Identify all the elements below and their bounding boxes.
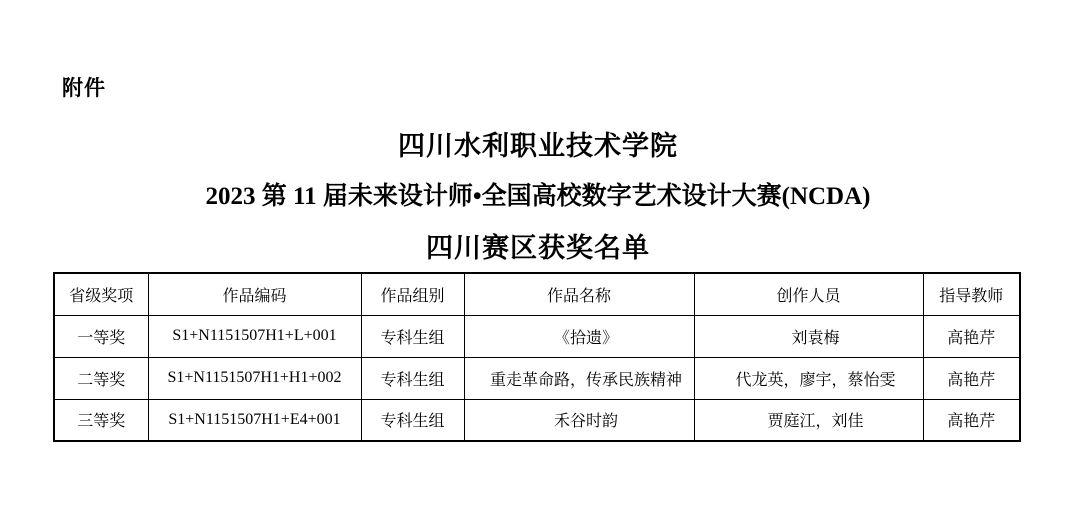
table-row: 一等奖 S1+N1151507H1+L+001 专科生组 《拾遗》 刘袁梅 高艳… (54, 315, 1020, 357)
header-creators: 创作人员 (694, 273, 923, 315)
awards-table: 省级奖项 作品编码 作品组别 作品名称 创作人员 指导教师 一等奖 S1+N11… (53, 272, 1021, 442)
header-work-title: 作品名称 (464, 273, 694, 315)
table-row: 二等奖 S1+N1151507H1+H1+002 专科生组 重走革命路，传承民族… (54, 357, 1020, 399)
school-title: 四川水利职业技术学院 (0, 124, 1076, 163)
cell-work-code: S1+N1151507H1+E4+001 (148, 399, 361, 441)
cell-work-group: 专科生组 (361, 357, 464, 399)
table-header-row: 省级奖项 作品编码 作品组别 作品名称 创作人员 指导教师 (54, 273, 1020, 315)
cell-work-title: 禾谷时韵 (464, 399, 694, 441)
cell-teacher: 高艳芹 (923, 357, 1020, 399)
header-award-level: 省级奖项 (54, 273, 148, 315)
cell-work-code: S1+N1151507H1+L+001 (148, 315, 361, 357)
competition-title: 2023 第 11 届未来设计师•全国高校数字艺术设计大赛(NCDA) (0, 176, 1076, 212)
cell-creators: 刘袁梅 (694, 315, 923, 357)
cell-creators: 代龙英，廖宇，蔡怡雯 (694, 357, 923, 399)
cell-award-level: 一等奖 (54, 315, 148, 357)
cell-creators: 贾庭江，刘佳 (694, 399, 923, 441)
cell-teacher: 高艳芹 (923, 315, 1020, 357)
header-work-code: 作品编码 (148, 273, 361, 315)
cell-work-group: 专科生组 (361, 315, 464, 357)
document-page: 附件 四川水利职业技术学院 2023 第 11 届未来设计师•全国高校数字艺术设… (0, 0, 1076, 512)
cell-award-level: 三等奖 (54, 399, 148, 441)
table-row: 三等奖 S1+N1151507H1+E4+001 专科生组 禾谷时韵 贾庭江，刘… (54, 399, 1020, 441)
cell-award-level: 二等奖 (54, 357, 148, 399)
attachment-label: 附件 (62, 72, 106, 102)
cell-teacher: 高艳芹 (923, 399, 1020, 441)
cell-work-title: 重走革命路，传承民族精神 (464, 357, 694, 399)
cell-work-code: S1+N1151507H1+H1+002 (148, 357, 361, 399)
header-work-group: 作品组别 (361, 273, 464, 315)
cell-work-title: 《拾遗》 (464, 315, 694, 357)
award-list-title: 四川赛区获奖名单 (0, 226, 1076, 265)
header-teacher: 指导教师 (923, 273, 1020, 315)
cell-work-group: 专科生组 (361, 399, 464, 441)
